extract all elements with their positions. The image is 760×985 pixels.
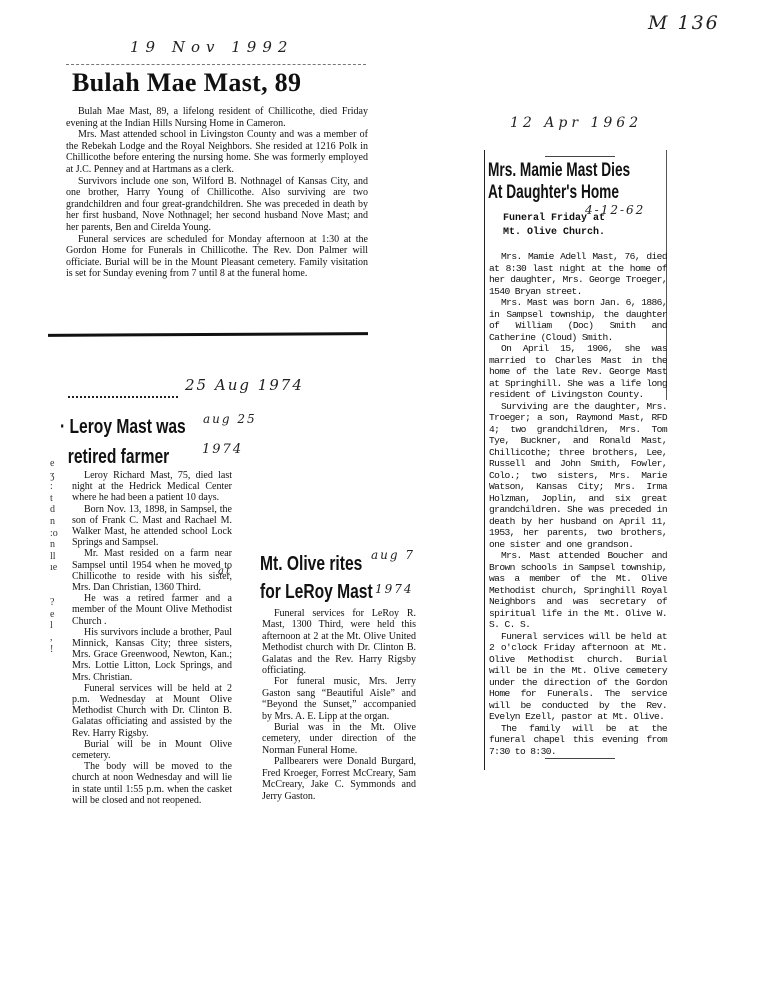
paragraph: Funeral services will be held at 2 o'clo… xyxy=(489,631,667,723)
headline-bulah: Bulah Mae Mast, 89 xyxy=(72,68,301,98)
edge-fragment: n xyxy=(50,539,66,551)
rule-top-leroy xyxy=(68,396,178,400)
paragraph: On April 15, 1906, she was married to Ch… xyxy=(489,343,667,401)
paragraph: Mrs. Mast was born Jan. 6, 1886, in Samp… xyxy=(489,297,667,343)
edge-fragment: e xyxy=(50,458,66,470)
paragraph: His survivors include a brother, Paul Mi… xyxy=(72,627,232,683)
cropped-edge-fragments: eʒ:tdn:onllıe ?el,! xyxy=(50,458,66,655)
paragraph: Mrs. Mast attended school in Livingston … xyxy=(66,129,368,175)
edge-fragment: ıe xyxy=(50,562,66,574)
edge-fragment: n xyxy=(50,516,66,528)
handwritten-date-bulah: 19 Nov 1992 xyxy=(130,38,293,56)
edge-fragment: ! xyxy=(50,644,66,656)
paragraph: Leroy Richard Mast, 75, died last night … xyxy=(72,470,232,504)
handwritten-note-leroy-date: aug 25 xyxy=(203,412,257,426)
headline-line: At Daughter's Home xyxy=(488,182,675,204)
article-body-mt-olive-rites: Funeral services for LeRoy R. Mast, 1300… xyxy=(262,608,416,802)
headline-line: for LeRoy Mast xyxy=(260,578,447,606)
rule-bottom-mamie xyxy=(545,758,615,759)
rule-top-mamie xyxy=(545,156,615,157)
article-body-bulah: Bulah Mae Mast, 89, a lifelong resident … xyxy=(66,106,368,280)
column-border-left xyxy=(484,150,485,770)
paragraph: He was a retired farmer and a member of … xyxy=(72,593,232,627)
edge-fragment xyxy=(50,574,66,586)
edge-fragment: l xyxy=(50,620,66,632)
edge-fragment: , xyxy=(50,632,66,644)
article-body-leroy: Leroy Richard Mast, 75, died last night … xyxy=(72,470,232,806)
paragraph: Burial was in the Mt. Olive cemetery, un… xyxy=(262,722,416,756)
handwritten-date-mamie: 12 Apr 1962 xyxy=(510,115,642,131)
edge-fragment: ʒ xyxy=(50,470,66,482)
paragraph: Mr. Mast resided on a farm near Sampsel … xyxy=(72,548,232,593)
paragraph: The family will be at the funeral chapel… xyxy=(489,723,667,758)
handwritten-date-leroy: 25 Aug 1974 xyxy=(185,376,304,394)
paragraph: Mrs. Mast attended Boucher and Brown sch… xyxy=(489,550,667,631)
paragraph: For funeral music, Mrs. Jerry Gaston san… xyxy=(262,676,416,722)
edge-fragment: ? xyxy=(50,597,66,609)
paragraph: Bulah Mae Mast, 89, a lifelong resident … xyxy=(66,106,368,129)
subhead-line: Funeral Friday at xyxy=(503,212,605,226)
rule-top-bulah xyxy=(66,64,366,65)
paragraph: Survivors include one son, Wilford B. No… xyxy=(66,176,368,234)
headline-line: Mt. Olive rites xyxy=(260,550,447,578)
handwritten-note-rites-month: aug 7 xyxy=(371,548,415,562)
handwritten-note-rites-year: 1974 xyxy=(375,582,414,596)
handwritten-note-leroy-year: 1974 xyxy=(202,442,243,457)
handwritten-insert-at: at xyxy=(218,566,232,577)
article-body-mamie: Mrs. Mamie Adell Mast, 76, died at 8:30 … xyxy=(489,251,667,757)
rule-bottom-bulah xyxy=(48,332,368,337)
headline-mt-olive-rites: Mt. Olive rites for LeRoy Mast xyxy=(260,550,447,606)
catalog-number: M 136 xyxy=(648,12,720,34)
paragraph: Burial will be in Mount Olive cemetery. xyxy=(72,739,232,761)
paragraph: Surviving are the daughter, Mrs. Troeger… xyxy=(489,401,667,551)
paragraph: Pallbearers were Donald Burgard, Fred Kr… xyxy=(262,756,416,802)
paragraph: Funeral services are scheduled for Monda… xyxy=(66,234,368,280)
headline-mamie: Mrs. Mamie Mast Dies At Daughter's Home xyxy=(488,160,675,204)
paragraph: Mrs. Mamie Adell Mast, 76, died at 8:30 … xyxy=(489,251,667,297)
subhead-line: Mt. Olive Church. xyxy=(503,226,605,240)
edge-fragment: t xyxy=(50,493,66,505)
subheadline-mamie: Funeral Friday at Mt. Olive Church. xyxy=(503,212,605,240)
edge-fragment xyxy=(50,586,66,598)
edge-fragment: e xyxy=(50,609,66,621)
paragraph: The body will be moved to the church at … xyxy=(72,761,232,806)
paragraph: Funeral services will be held at 2 p.m. … xyxy=(72,683,232,739)
edge-fragment: ll xyxy=(50,551,66,563)
paragraph: Funeral services for LeRoy R. Mast, 1300… xyxy=(262,608,416,676)
headline-line: Mrs. Mamie Mast Dies xyxy=(488,160,675,182)
edge-fragment: d xyxy=(50,504,66,516)
paragraph: Born Nov. 13, 1898, in Sampsel, the son … xyxy=(72,504,232,549)
edge-fragment: : xyxy=(50,481,66,493)
edge-fragment: :o xyxy=(50,528,66,540)
